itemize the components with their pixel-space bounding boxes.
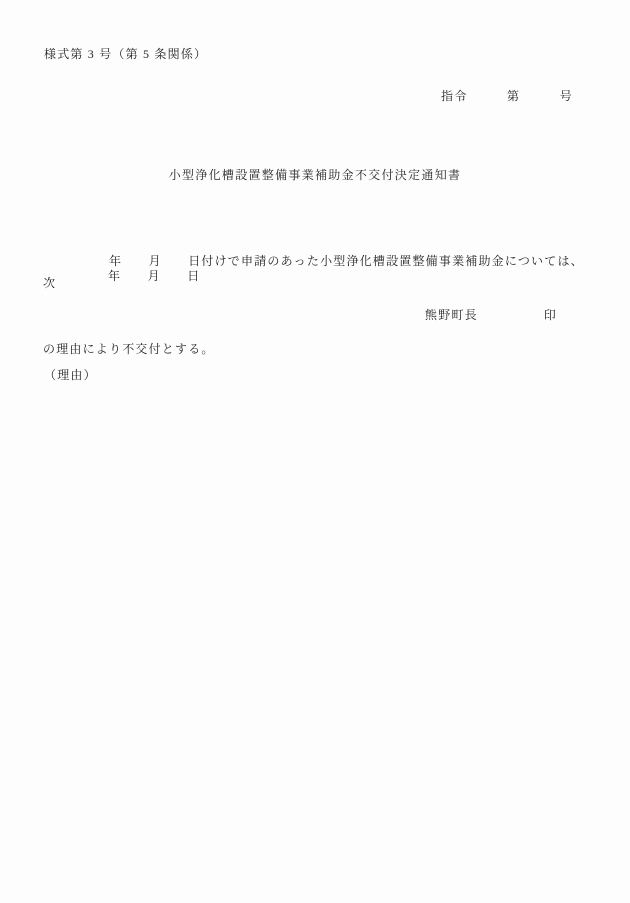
reason-label: （理由） bbox=[44, 368, 97, 382]
date-line: 年 月 日 bbox=[108, 269, 200, 283]
signer-seal-line: 熊野町長 印 bbox=[425, 308, 557, 322]
body-paragraph: 年 月 日付けで申請のあった小型浄化槽設置整備事業補助金については、次 の理由に… bbox=[43, 206, 597, 404]
document-page: 様式第 3 号（第 5 条関係） 指令 第 号 小型浄化槽設置整備事業補助金不交… bbox=[0, 0, 630, 903]
body-line-2: の理由により不交付とする。 bbox=[43, 338, 597, 360]
document-title: 小型浄化槽設置整備事業補助金不交付決定通知書 bbox=[0, 168, 630, 182]
directive-number-line: 指令 第 号 bbox=[441, 89, 573, 103]
form-number: 様式第 3 号（第 5 条関係） bbox=[44, 47, 207, 61]
